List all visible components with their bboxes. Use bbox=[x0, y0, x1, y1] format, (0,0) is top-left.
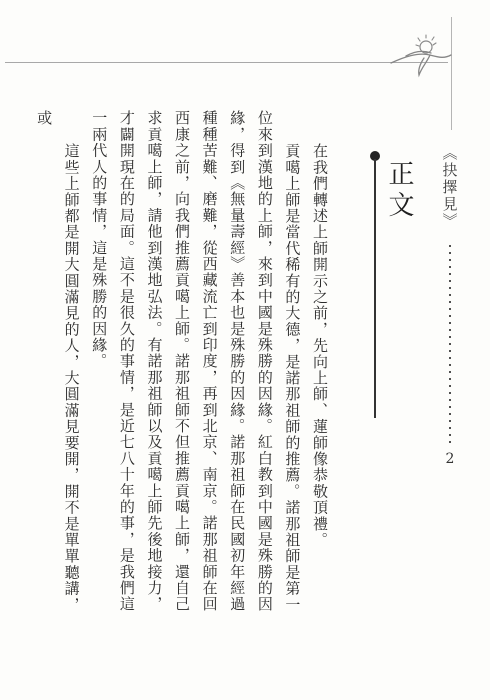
body-text: 在我們轉述上師開示之前，先向上師、蓮師像恭敬頂禮。 貢噶上師是當代稀有的大德，是… bbox=[57, 110, 333, 614]
sun-over-waves-ornament-icon bbox=[390, 26, 452, 84]
section-heading: 正文 bbox=[381, 160, 418, 222]
page-number: 2 bbox=[436, 451, 464, 467]
book-title: 《抉擇見》 bbox=[440, 141, 461, 233]
paragraph-3: 這些上師都是開大圓滿見的人，大圓滿見要開，開不是單單聽講，或 bbox=[29, 110, 84, 614]
running-head: 《抉擇見》 2 bbox=[436, 141, 464, 471]
paragraph-1: 在我們轉述上師開示之前，先向上師、蓮師像恭敬頂禮。 bbox=[305, 110, 333, 614]
book-page: 《抉擇見》 2 正文 在我們轉述上師開示之前，先向上師、蓮師像恭敬頂禮。 貢噶上… bbox=[0, 0, 490, 700]
top-horizontal-rule bbox=[5, 62, 448, 63]
heading-vertical-line bbox=[374, 159, 376, 418]
paragraph-2: 貢噶上師是當代稀有的大德，是諾那祖師的推薦。諾那祖師是第一位來到漢地的上師，來到… bbox=[85, 110, 306, 614]
dotted-leader bbox=[449, 245, 451, 445]
